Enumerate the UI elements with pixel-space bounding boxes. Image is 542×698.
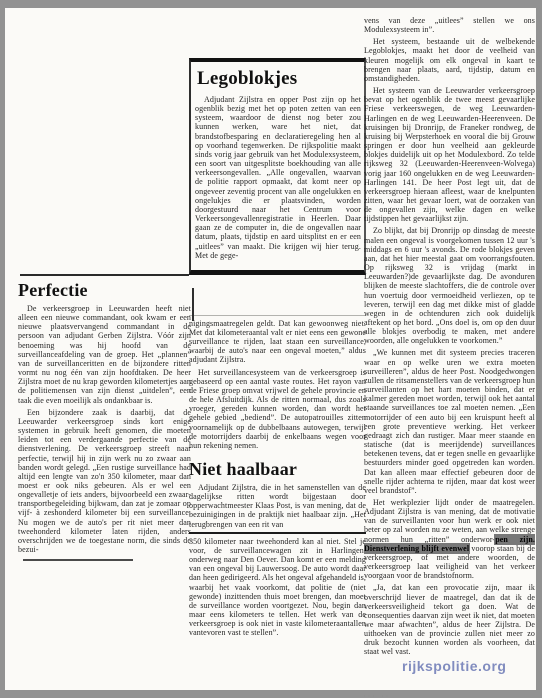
right-paragraph-6: Het werkplezier lijdt onder de maatregel… xyxy=(364,498,535,580)
legoblokjes-paragraph: Adjudant Zijlstra en opper Post zijn op … xyxy=(195,95,361,260)
column-divider-fragment xyxy=(192,288,194,321)
middle-column: Legoblokjes Adjudant Zijlstra en opper P… xyxy=(189,58,366,641)
print-artifact-dots: ··· ·· . xyxy=(363,692,398,698)
site-watermark: rijkspolitie.org xyxy=(402,658,536,674)
left-column: Perfectie De verkeersgroep in Leeuwarden… xyxy=(18,274,191,561)
niet-haalbaar-paragraph: Adjudant Zijlstra, die in het samenstell… xyxy=(189,483,366,529)
right-paragraph-1: vens van deze „uitlees” stellen we ons M… xyxy=(364,16,535,34)
niet-haalbaar-heading: Niet haalbaar xyxy=(189,459,366,479)
section-rule xyxy=(20,274,189,276)
scanned-newspaper-screenshot: { "left_column": { "heading": "Perfectie… xyxy=(0,0,542,698)
fragment-paragraph-1: nigingsmaatregelen geldt. Dat kan gewoon… xyxy=(189,319,366,365)
column-end-rule xyxy=(23,559,133,561)
legoblokjes-box: Legoblokjes Adjudant Zijlstra en opper P… xyxy=(189,58,366,275)
perfectie-paragraph-1: De verkeersgroep in Leeuwarden heeft nie… xyxy=(18,304,191,405)
right-column: vens van deze „uitlees” stellen we ons M… xyxy=(364,16,535,660)
niet-haalbaar-paragraph-tail: 350 kilometer naar tweehonderd kan al ni… xyxy=(189,537,366,638)
right-paragraph-3: Het systeem van de Leeuwarder verkeersgr… xyxy=(364,86,535,223)
right-paragraph-5: „We kunnen met dit systeem precies trace… xyxy=(364,348,535,495)
fragment-paragraph-2: Het surveillancesysteem van de verkeersg… xyxy=(189,368,366,450)
legoblokjes-heading: Legoblokjes xyxy=(197,69,361,89)
right-paragraph-2: Het systeem, bestaande uit de welbekende… xyxy=(364,37,535,83)
faint-cut-rule xyxy=(189,315,366,316)
cut-rule xyxy=(189,532,366,534)
newspaper-page: Perfectie De verkeersgroep in Leeuwarden… xyxy=(5,8,536,690)
right-paragraph-7: „Ja, dat kan een provocatie zijn, maar i… xyxy=(364,583,535,656)
right-paragraph-4: Zo blijkt, dat bij Dronrijp op dinsdag d… xyxy=(364,226,535,345)
perfectie-heading: Perfectie xyxy=(18,280,191,300)
perfectie-paragraph-2: Een bijzondere zaak is daarbij, dat de L… xyxy=(18,408,191,555)
